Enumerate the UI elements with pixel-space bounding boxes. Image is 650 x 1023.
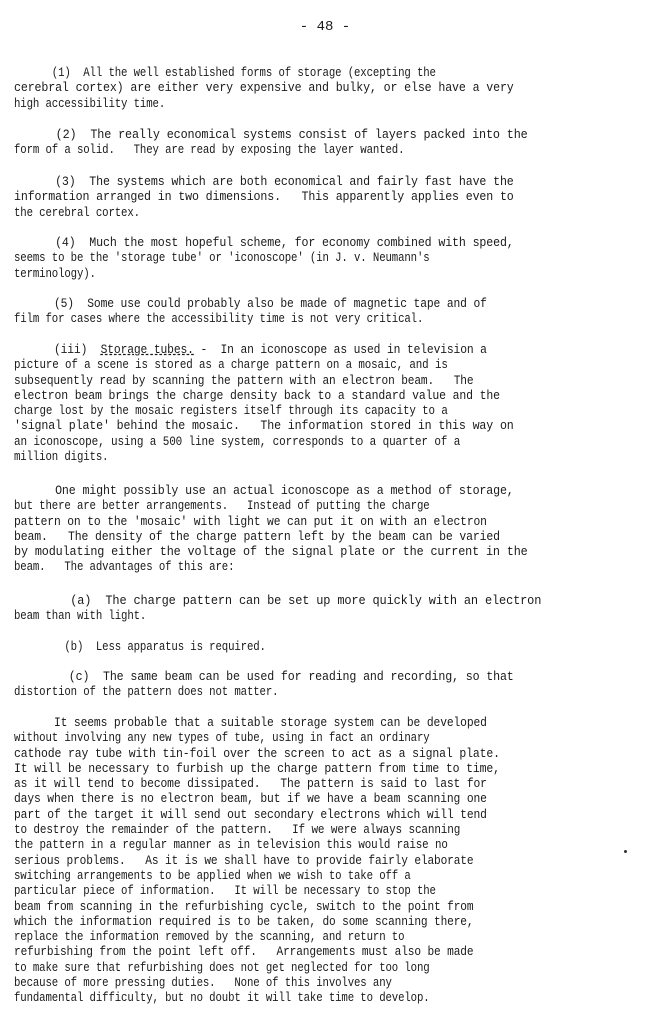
text-line: electron beam brings the charge density …	[14, 389, 588, 404]
text-line: the cerebral cortex.	[14, 206, 550, 221]
text-line: subsequently read by scanning the patter…	[14, 374, 572, 389]
scan-speck	[624, 850, 627, 853]
text-line: to destroy the remainder of the pattern.…	[14, 823, 564, 838]
paragraph-item-1: (1) All the well established forms of st…	[14, 66, 644, 112]
section-heading: Storage tubes.	[101, 343, 194, 357]
text-line: It seems probable that a suitable storag…	[14, 716, 580, 731]
text-line: seems to be the 'storage tube' or 'icono…	[14, 251, 550, 266]
text-line: One might possibly use an actual iconosc…	[14, 484, 596, 499]
text-line: which the information required is to be …	[14, 915, 572, 930]
text-line: terminology).	[14, 267, 550, 282]
paragraph-item-5: (5) Some use could probably also be made…	[14, 297, 644, 328]
text-line: but there are better arrangements. Inste…	[14, 499, 550, 514]
text-line: cerebral cortex) are either very expensi…	[14, 81, 596, 96]
text-line: million digits.	[14, 450, 550, 465]
text-line: to make sure that refurbishing does not …	[14, 961, 550, 976]
text-line: picture of a scene is stored as a charge…	[14, 358, 556, 373]
text-line: beam. The advantages of this are:	[14, 560, 550, 575]
text-line: cathode ray tube with tin-foil over the …	[14, 747, 588, 762]
text-line: 'signal plate' behind the mosaic. The in…	[14, 419, 596, 434]
page-number: - 48 -	[0, 19, 650, 35]
text-line: switching arrangements to be applied whe…	[14, 869, 550, 884]
text-line: (3) The systems which are both economica…	[14, 175, 596, 190]
text-line: serious problems. As it is we shall have…	[14, 854, 572, 869]
text-line: fundamental difficulty, but no doubt it …	[14, 991, 550, 1006]
text-line: the pattern in a regular manner as in te…	[14, 838, 556, 853]
paragraph-storage-tubes: (iii) Storage tubes. - In an iconoscope …	[14, 343, 644, 465]
text-line: an iconoscope, using a 500 line system, …	[14, 435, 564, 450]
paragraph-advantage-c: (c) The same beam can be used for readin…	[14, 670, 644, 701]
text-line: beam than with light.	[14, 609, 550, 624]
text-line: as it will tend to become dissipated. Th…	[14, 777, 580, 792]
text-line: because of more pressing duties. None of…	[14, 976, 550, 991]
text-line: (a) The charge pattern can be set up mor…	[14, 594, 612, 609]
text-line: high accessibility time.	[14, 97, 550, 112]
text-line: (4) Much the most hopeful scheme, for ec…	[14, 236, 596, 251]
paragraph-advantage-a: (a) The charge pattern can be set up mor…	[14, 594, 644, 625]
text-line: (b) Less apparatus is required.	[14, 640, 550, 655]
paragraph-item-2: (2) The really economical systems consis…	[14, 128, 644, 159]
text-line: form of a solid. They are read by exposi…	[14, 143, 550, 158]
text-line: (1) All the well established forms of st…	[14, 66, 550, 81]
text-line: (iii) Storage tubes. - In an iconoscope …	[14, 343, 580, 358]
text-line: information arranged in two dimensions. …	[14, 190, 596, 205]
paragraph-advantage-b: (b) Less apparatus is required.	[14, 640, 644, 655]
document-page: - 48 - (1) All the well established form…	[0, 0, 650, 1023]
text-line: film for cases where the accessibility t…	[14, 312, 550, 327]
text-fragment: - In an iconoscope as used in television…	[194, 343, 487, 357]
text-line: distortion of the pattern does not matte…	[14, 685, 550, 700]
paragraph-suitable-storage-system: It seems probable that a suitable storag…	[14, 716, 644, 1007]
text-line: days when there is no electron beam, but…	[14, 792, 580, 807]
section-number: (iii)	[14, 343, 101, 357]
paragraph-iconoscope-alternative: One might possibly use an actual iconosc…	[14, 484, 644, 576]
text-line: (5) Some use could probably also be made…	[14, 297, 580, 312]
text-line: pattern on to the 'mosaic' with light we…	[14, 515, 580, 530]
text-line: part of the target it will send out seco…	[14, 808, 580, 823]
text-line: replace the information removed by the s…	[14, 930, 550, 945]
text-line: particular piece of information. It will…	[14, 884, 550, 899]
paragraph-item-3: (3) The systems which are both economica…	[14, 175, 644, 221]
text-line: without involving any new types of tube,…	[14, 731, 550, 746]
text-line: beam. The density of the charge pattern …	[14, 530, 588, 545]
text-line: It will be necessary to furbish up the c…	[14, 762, 588, 777]
text-line: charge lost by the mosaic registers itse…	[14, 404, 556, 419]
paragraph-item-4: (4) Much the most hopeful scheme, for ec…	[14, 236, 644, 282]
text-line: by modulating either the voltage of the …	[14, 545, 604, 560]
text-line: (2) The really economical systems consis…	[14, 128, 604, 143]
text-line: beam from scanning in the refurbishing c…	[14, 900, 572, 915]
text-line: refurbishing from the point left off. Ar…	[14, 945, 572, 960]
text-line: (c) The same beam can be used for readin…	[14, 670, 596, 685]
